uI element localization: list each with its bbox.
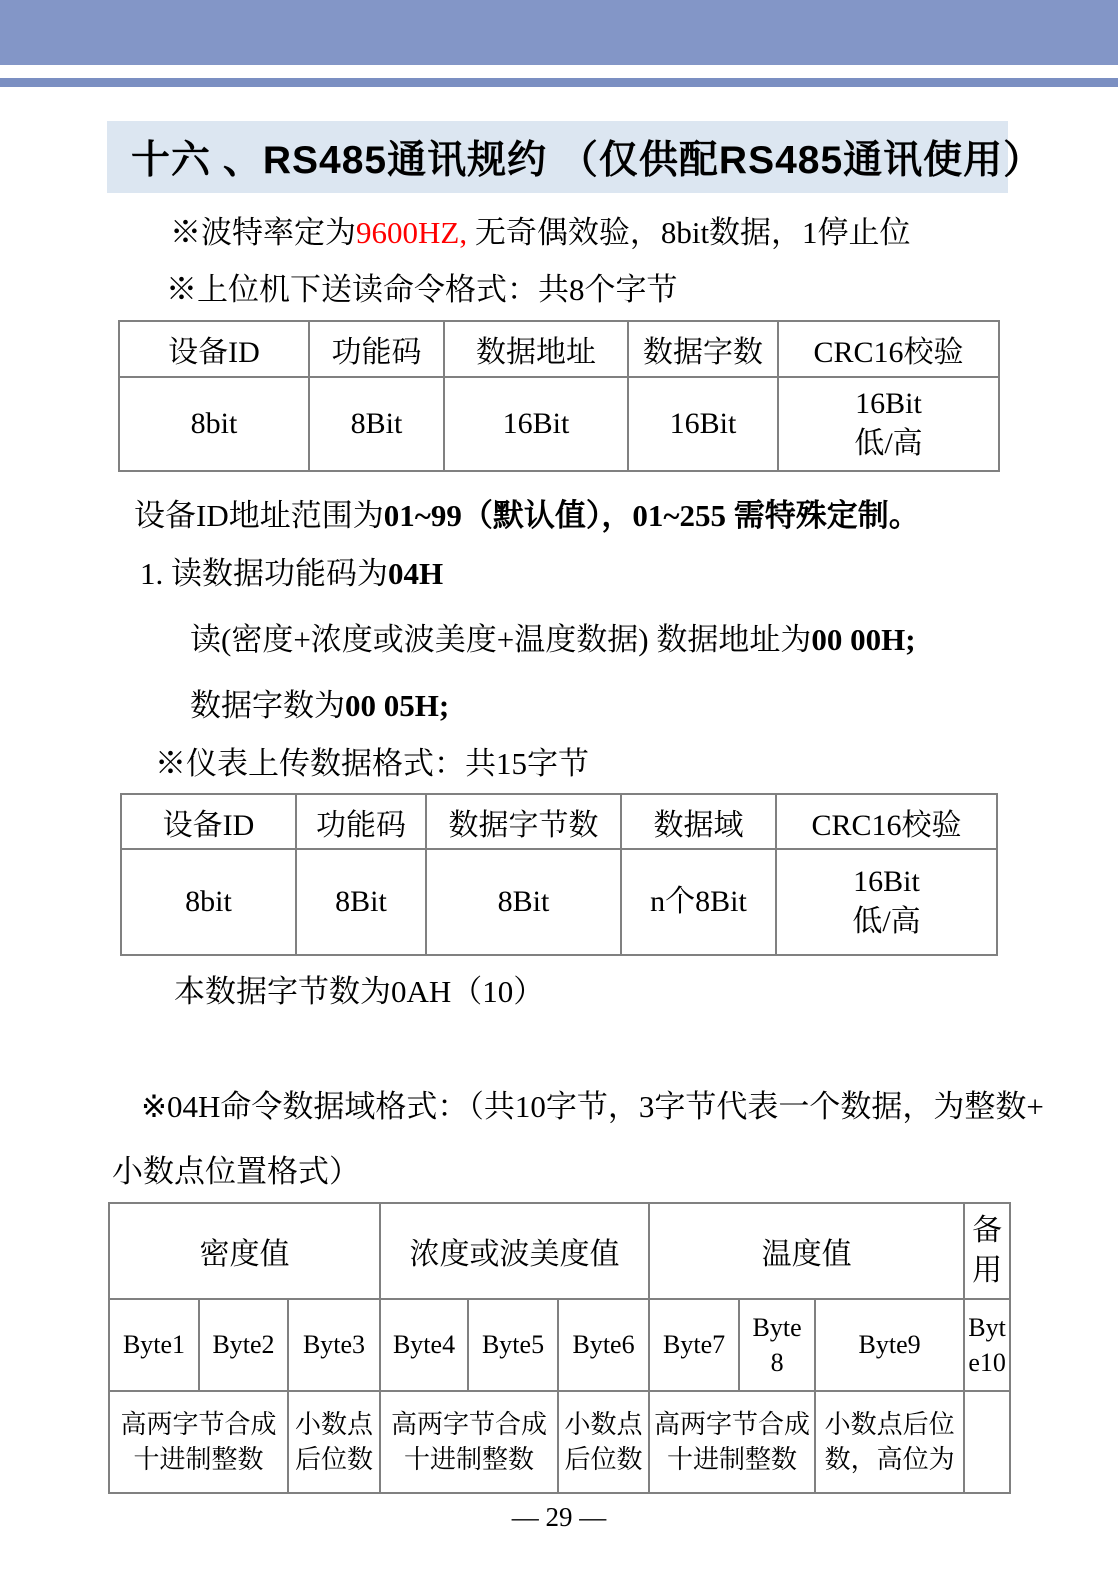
- table-cell: n个8Bit: [621, 849, 776, 955]
- device-id-range-line: 设备ID地址范围为01~99（默认值），01~255 需特殊定制。: [134, 497, 920, 534]
- word-count-normal: 数据字数为: [190, 688, 345, 723]
- function-code-normal: 1. 读数据功能码为: [140, 556, 388, 591]
- table-cell: 16Bit: [628, 377, 778, 471]
- col-header: 设备ID: [121, 794, 296, 849]
- domain-format-line2: 小数点位置格式）: [112, 1153, 360, 1190]
- read-address-line: 读(密度+浓度或波美度+温度数据) 数据地址为00 00H;: [190, 621, 916, 658]
- response-format-table: 设备ID 功能码 数据字节数 数据域 CRC16校验 8bit 8Bit 8Bi…: [120, 793, 998, 956]
- byte-count-line: 本数据字节数为0AH（10）: [174, 973, 544, 1010]
- col-header: CRC16校验: [778, 321, 999, 377]
- col-header: 设备ID: [119, 321, 309, 377]
- command-format-line: ※上位机下送读命令格式：共8个字节: [166, 271, 678, 308]
- group-header-row: 密度值 浓度或波美度值 温度值 备 用: [109, 1203, 1010, 1299]
- group-header: 密度值: [109, 1203, 380, 1299]
- baud-rate-line: ※波特率定为9600HZ, 无奇偶效验，8bit数据，1停止位: [170, 214, 911, 251]
- desc-cell: [964, 1391, 1010, 1493]
- col-header: 数据字数: [628, 321, 778, 377]
- col-header: CRC16校验: [776, 794, 997, 849]
- domain-format-text1: ※04H命令数据域格式：（共10字节，3字节代表一个数据，为整数+: [141, 1089, 1044, 1124]
- domain-format-text2: 小数点位置格式）: [112, 1154, 360, 1189]
- section-title: 十六 、RS485通讯规约 （仅供配RS485通讯使用）: [131, 129, 1043, 185]
- byte-cell: Byte3: [288, 1299, 380, 1391]
- byte-cell: Byte9: [815, 1299, 964, 1391]
- section-title-block: 十六 、RS485通讯规约 （仅供配RS485通讯使用）: [107, 121, 1008, 193]
- description-row: 高两字节合成 十进制整数 小数点 后位数 高两字节合成 十进制整数 小数点 后位…: [109, 1391, 1010, 1493]
- desc-cell: 高两字节合成 十进制整数: [109, 1391, 288, 1493]
- header-band: [0, 0, 1118, 65]
- request-header-row: 设备ID 功能码 数据地址 数据字数 CRC16校验: [119, 321, 999, 377]
- document-page: 十六 、RS485通讯规约 （仅供配RS485通讯使用） ※波特率定为9600H…: [0, 0, 1118, 1587]
- baud-prefix: ※波特率定为: [170, 215, 356, 250]
- request-format-table: 设备ID 功能码 数据地址 数据字数 CRC16校验 8bit 8Bit 16B…: [118, 320, 1000, 472]
- desc-cell: 小数点 后位数: [558, 1391, 649, 1493]
- baud-rate-value: 9600HZ,: [356, 215, 467, 250]
- desc-cell: 小数点 后位数: [288, 1391, 380, 1493]
- baud-suffix: 无奇偶效验，8bit数据，1停止位: [467, 215, 910, 250]
- byte-cell: Byte2: [199, 1299, 288, 1391]
- word-count-line: 数据字数为00 05H;: [190, 687, 449, 724]
- word-count-bold: 00 05H;: [345, 688, 449, 723]
- table-cell: 8bit: [119, 377, 309, 471]
- data-domain-table: 密度值 浓度或波美度值 温度值 备 用 Byte1 Byte2 Byte3 By…: [108, 1202, 1011, 1494]
- byte-cell: Byt e10: [964, 1299, 1010, 1391]
- table-cell: 8Bit: [296, 849, 426, 955]
- function-code-bold: 04H: [388, 556, 443, 591]
- group-header: 浓度或波美度值: [380, 1203, 649, 1299]
- page-number: — 29 —: [0, 1502, 1118, 1533]
- table-cell: 16Bit 低/高: [776, 849, 997, 955]
- desc-cell: 小数点后位 数，高位为: [815, 1391, 964, 1493]
- response-data-row: 8bit 8Bit 8Bit n个8Bit 16Bit 低/高: [121, 849, 997, 955]
- table-cell: 8Bit: [309, 377, 444, 471]
- byte-cell: Byte 8: [739, 1299, 815, 1391]
- col-header: 数据字节数: [426, 794, 621, 849]
- col-header: 数据地址: [444, 321, 628, 377]
- desc-cell: 高两字节合成 十进制整数: [649, 1391, 815, 1493]
- command-format-text: ※上位机下送读命令格式：共8个字节: [166, 272, 678, 307]
- byte-cell: Byte5: [468, 1299, 558, 1391]
- id-range-bold: 01~99（默认值），01~255 需特殊定制。: [384, 498, 920, 533]
- read-address-normal: 读(密度+浓度或波美度+温度数据) 数据地址为: [190, 622, 811, 657]
- request-data-row: 8bit 8Bit 16Bit 16Bit 16Bit 低/高: [119, 377, 999, 471]
- col-header: 功能码: [309, 321, 444, 377]
- desc-cell: 高两字节合成 十进制整数: [380, 1391, 558, 1493]
- col-header: 数据域: [621, 794, 776, 849]
- byte-cell: Byte7: [649, 1299, 739, 1391]
- group-header: 温度值: [649, 1203, 964, 1299]
- byte-cell: Byte1: [109, 1299, 199, 1391]
- table-cell: 16Bit: [444, 377, 628, 471]
- upload-format-line: ※仪表上传数据格式：共15字节: [155, 745, 589, 782]
- byte-row: Byte1 Byte2 Byte3 Byte4 Byte5 Byte6 Byte…: [109, 1299, 1010, 1391]
- byte-count-text: 本数据字节数为0AH（10）: [174, 974, 544, 1009]
- id-range-normal: 设备ID地址范围为: [134, 498, 384, 533]
- domain-format-line1: ※04H命令数据域格式：（共10字节，3字节代表一个数据，为整数+: [141, 1088, 1044, 1125]
- table-cell: 8bit: [121, 849, 296, 955]
- col-header: 功能码: [296, 794, 426, 849]
- read-address-bold: 00 00H;: [811, 622, 915, 657]
- header-rule: [0, 78, 1118, 87]
- function-code-line: 1. 读数据功能码为04H: [140, 555, 443, 592]
- byte-cell: Byte6: [558, 1299, 649, 1391]
- table-cell: 8Bit: [426, 849, 621, 955]
- response-header-row: 设备ID 功能码 数据字节数 数据域 CRC16校验: [121, 794, 997, 849]
- group-header: 备 用: [964, 1203, 1010, 1299]
- byte-cell: Byte4: [380, 1299, 468, 1391]
- upload-format-text: ※仪表上传数据格式：共15字节: [155, 746, 589, 781]
- table-cell: 16Bit 低/高: [778, 377, 999, 471]
